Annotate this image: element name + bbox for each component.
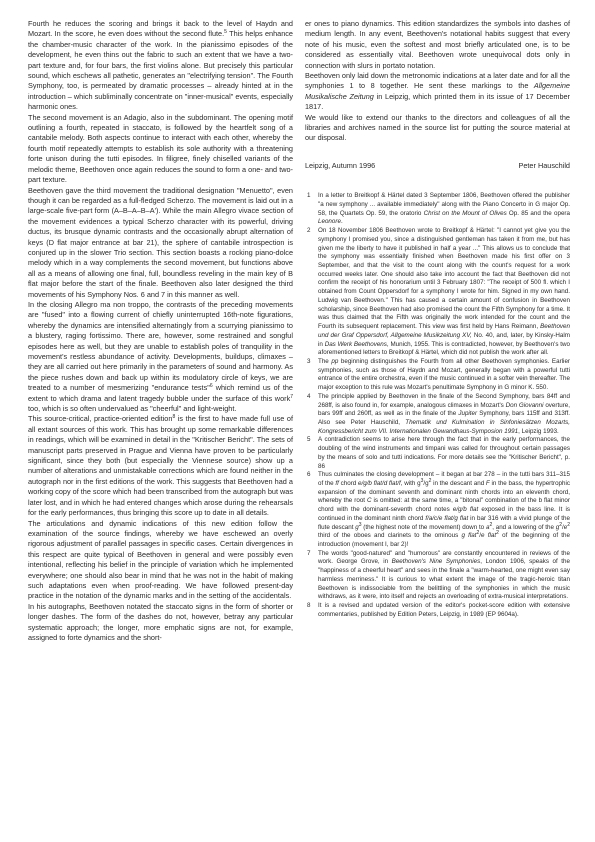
footnote-number: 8 xyxy=(307,602,310,611)
footnote-8: 8 It is a revised and updated version of… xyxy=(305,602,570,619)
paragraph-second-movement: The second movement is an Adagio, also i… xyxy=(28,113,293,186)
footnotes-list: 1 In a letter to Breitkopf & Härtel date… xyxy=(305,192,570,619)
signature: Leipzig, Autumn 1996 Peter Hauschild xyxy=(305,161,570,171)
left-column: Fourth he reduces the scoring and brings… xyxy=(28,19,293,643)
footnote-number: 1 xyxy=(307,192,310,201)
paragraph-acknowledgements: We would like to extend our thanks to th… xyxy=(305,113,570,144)
paragraph-staccato-continued: er ones to piano dynamics. This edition … xyxy=(305,19,570,71)
footnote-number: 7 xyxy=(307,550,310,559)
footnote-number: 4 xyxy=(307,393,310,402)
footnote-6: 6 Thus culminates the closing developmen… xyxy=(305,471,570,549)
footnote-3: 3 The pp beginning distinguishes the Fou… xyxy=(305,358,570,393)
paragraph-fourth-symphony-intro: Fourth he reduces the scoring and brings… xyxy=(28,19,293,113)
paragraph-finale: In the closing Allegro ma non troppo, th… xyxy=(28,300,293,414)
paragraph-metronome: Beethoven only laid down the metronomic … xyxy=(305,71,570,113)
footnote-4: 4 The principle applied by Beethoven in … xyxy=(305,393,570,437)
paragraph-articulations: The articulations and dynamic indication… xyxy=(28,519,293,602)
signature-place-date: Leipzig, Autumn 1996 xyxy=(305,161,375,171)
paragraph-staccato-signs: In his autographs, Beethoven notated the… xyxy=(28,602,293,644)
footnote-number: 3 xyxy=(307,358,310,367)
footnote-number: 5 xyxy=(307,436,310,445)
footnote-5: 5 A contradiction seems to arise here th… xyxy=(305,436,570,471)
footnote-2: 2 On 18 November 1806 Beethoven wrote to… xyxy=(305,227,570,358)
footnote-ref-7[interactable]: 7 xyxy=(290,394,293,400)
footnote-number: 6 xyxy=(307,471,310,480)
footnote-number: 2 xyxy=(307,227,310,236)
footnote-1: 1 In a letter to Breitkopf & Härtel date… xyxy=(305,192,570,227)
right-column: er ones to piano dynamics. This edition … xyxy=(305,19,570,620)
paragraph-third-movement: Beethoven gave the third movement the tr… xyxy=(28,186,293,300)
footnote-7: 7 The words "good-natured" and "humorous… xyxy=(305,550,570,602)
paragraph-source-critical-edition: This source-critical, practice-oriented … xyxy=(28,414,293,518)
signature-author: Peter Hauschild xyxy=(518,161,570,171)
